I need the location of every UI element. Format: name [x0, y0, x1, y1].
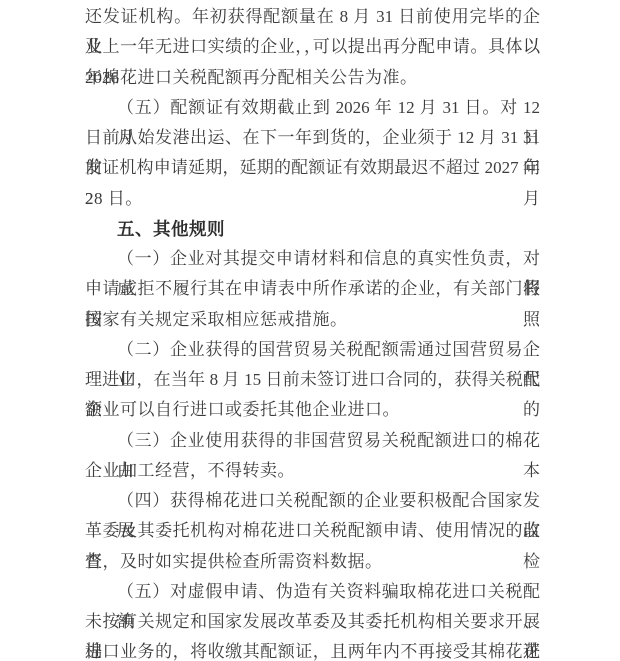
text-line: 进口业务的，将收缴其配额证，且两年内不再接受其棉花进口关	[85, 637, 540, 661]
text-line: 发证机构申请延期，延期的配额证有效期最迟不超过 2027 年 2 月	[85, 153, 540, 183]
text-line: 年棉花进口关税配额再分配相关公告为准。	[85, 63, 540, 93]
text-line: （四）获得棉花进口关税配额的企业要积极配合国家发展改	[85, 486, 540, 516]
text-line: 还发证机构。年初获得配额量在 8 月 31 日前使用完毕的企业，以	[85, 2, 540, 32]
text-line: （三）企业使用获得的非国营贸易关税配额进口的棉花由本	[85, 426, 540, 456]
document-page: { "theme": { "background": "#ffffff", "t…	[0, 0, 620, 661]
text-line: 及上一年无进口实绩的企业，可以提出再分配申请。具体以 2026	[85, 32, 540, 62]
text-line: 日前从始发港出运、在下一年到货的，企业须于 12 月 31 日前向	[85, 123, 540, 153]
text-line: （五）对虚假申请、伪造有关资料骗取棉花进口关税配额、	[85, 577, 540, 607]
text-line: 革委及其委托机构对棉花进口关税配额申请、使用情况的监督检	[85, 516, 540, 546]
text-line: （五）配额证有效期截止到 2026 年 12 月 31 日。对 12 月 31	[85, 93, 540, 123]
document-page-surface: 还发证机构。年初获得配额量在 8 月 31 日前使用完毕的企业，以 及上一年无进…	[0, 0, 620, 661]
text-line: （二）企业获得的国营贸易关税配额需通过国营贸易企业代	[85, 335, 540, 365]
text-line: 申请或拒不履行其在申请表中所作承诺的企业，有关部门将按照	[85, 274, 540, 304]
section-heading: 五、其他规则	[85, 214, 540, 244]
text-line: （一）企业对其提交申请材料和信息的真实性负责，对虚假	[85, 244, 540, 274]
text-column: 还发证机构。年初获得配额量在 8 月 31 日前使用完毕的企业，以 及上一年无进…	[85, 2, 540, 661]
text-line: 未按有关规定和国家发展改革委及其委托机构相关要求开展棉花	[85, 607, 540, 637]
text-line: 理进口，在当年 8 月 15 日前未签订进口合同的，获得关税配额的	[85, 365, 540, 395]
